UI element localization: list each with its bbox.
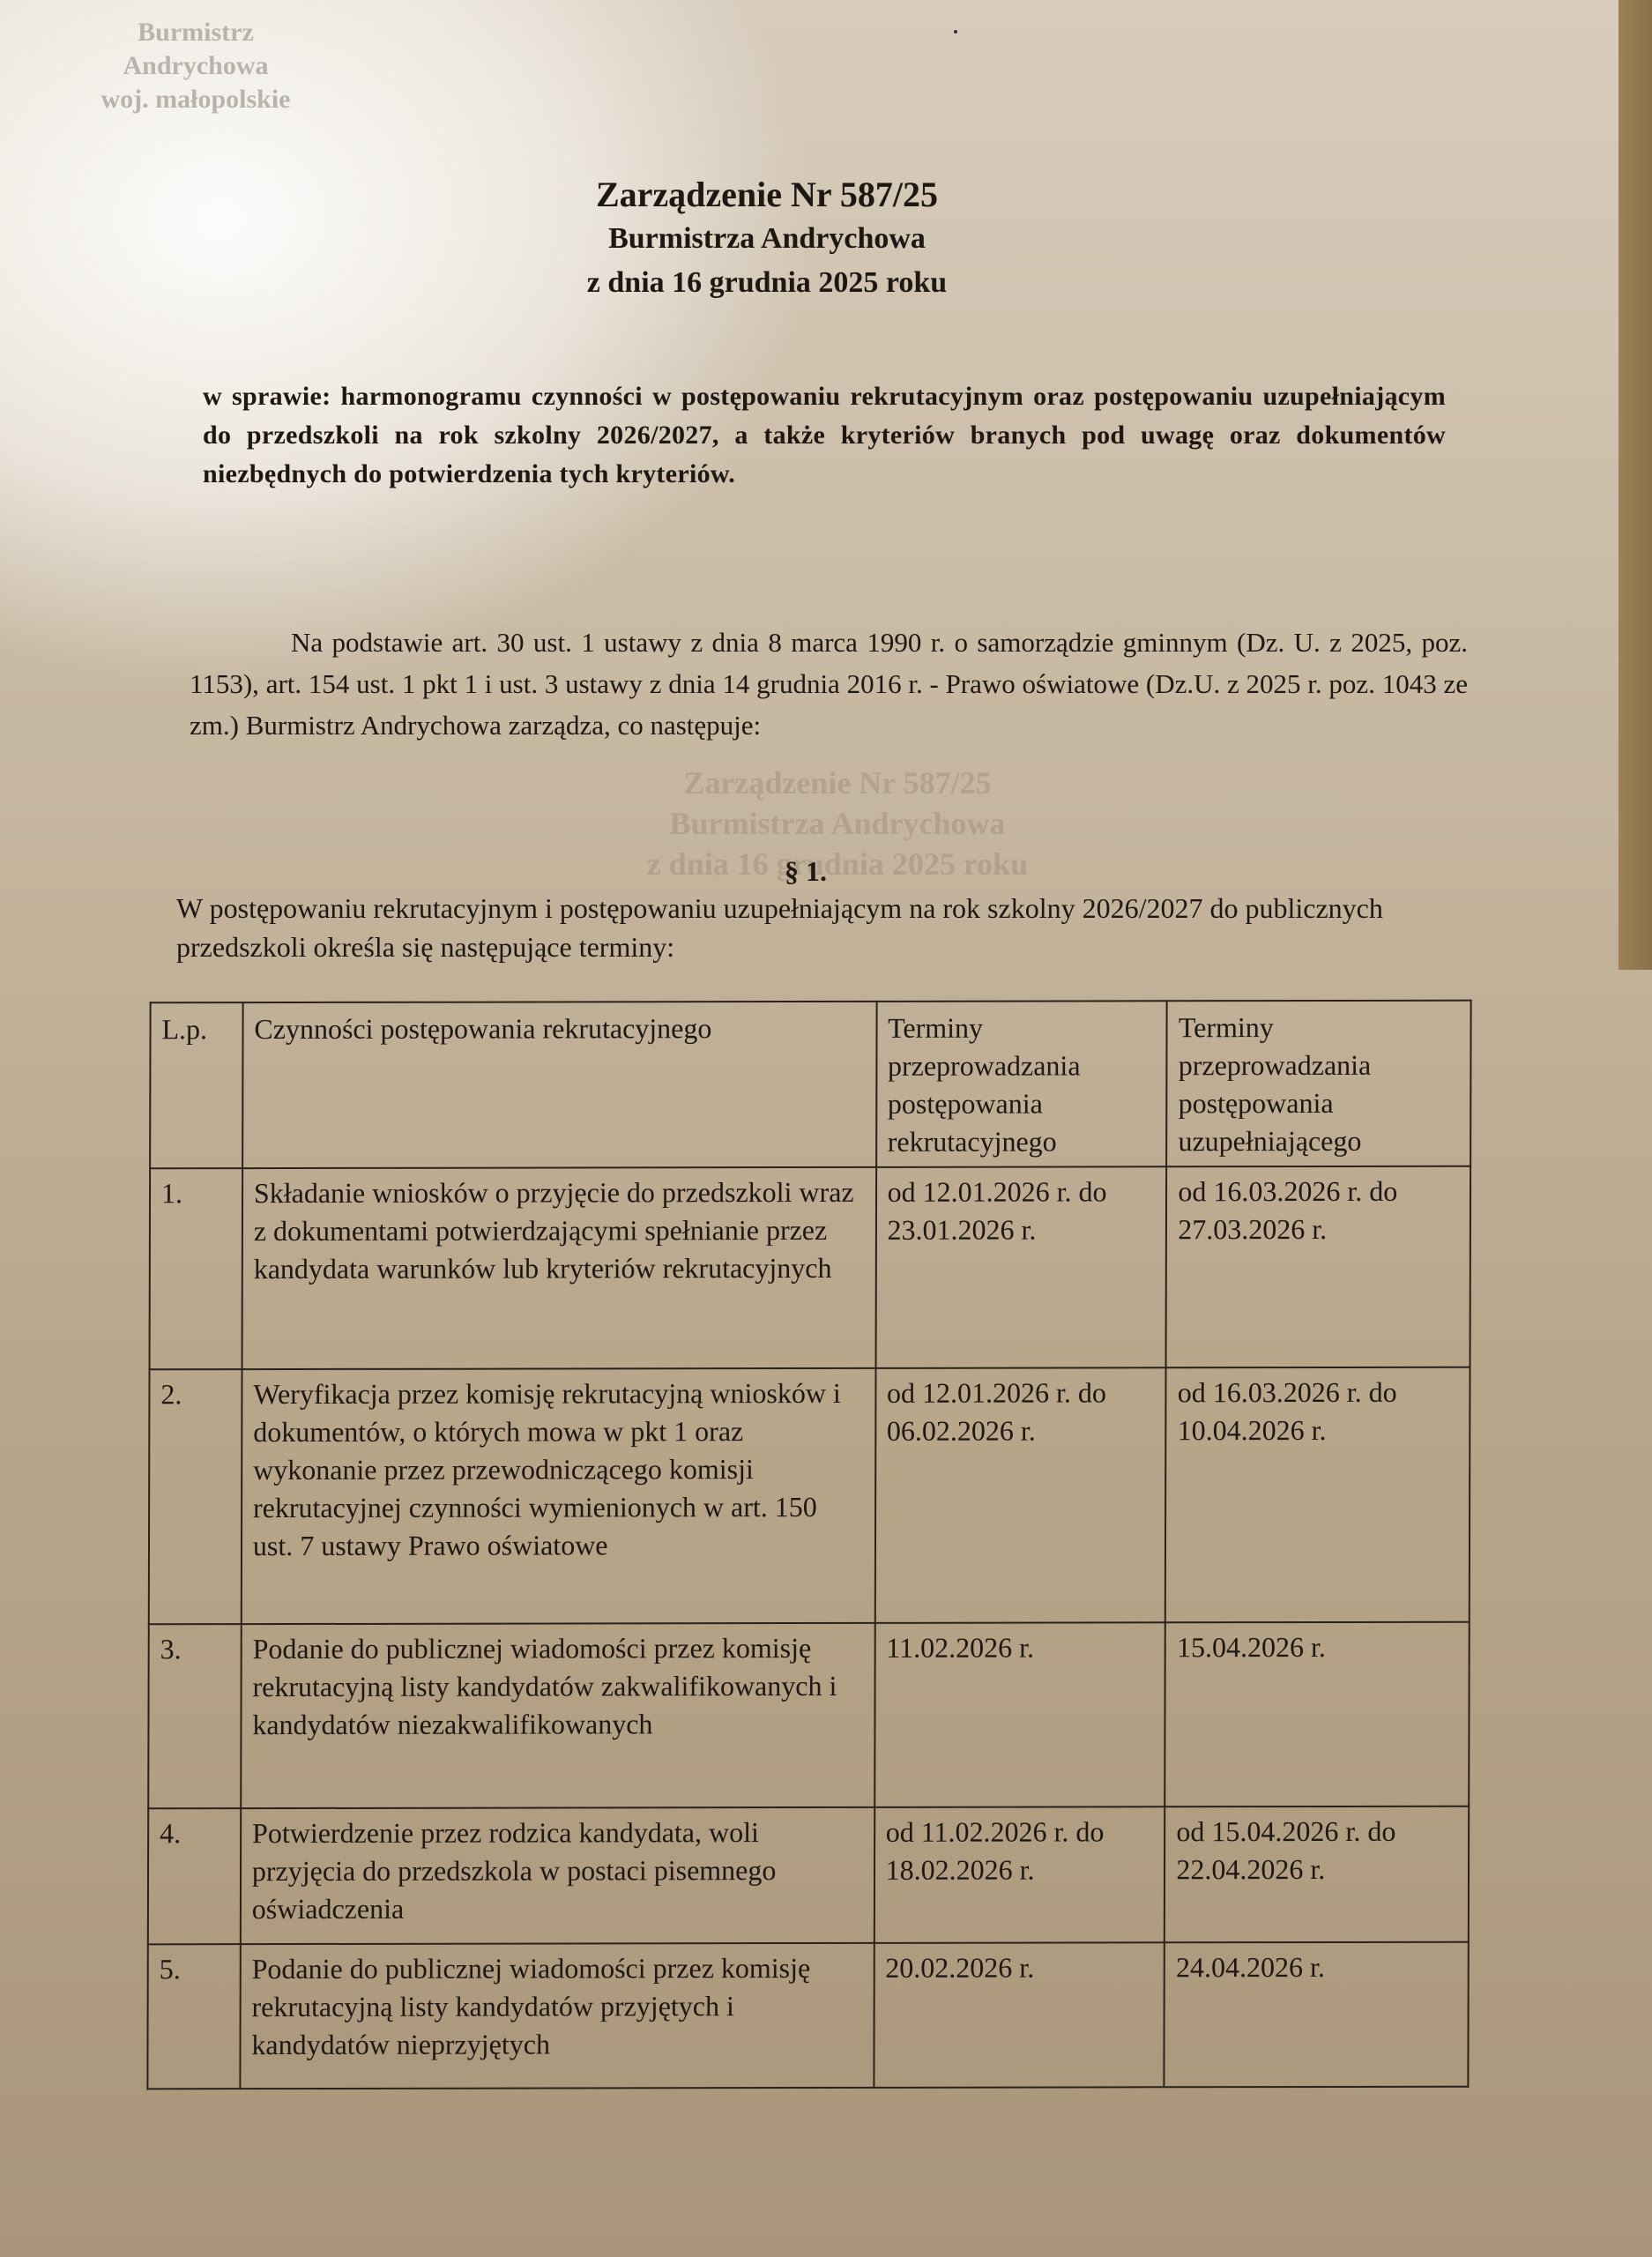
row-supplementary-date: 15.04.2026 r. — [1165, 1622, 1470, 1807]
document-date: z dnia 16 grudnia 2025 roku — [494, 261, 1040, 305]
row-activity: Weryfikacja przez komisję rekrutacyjną w… — [242, 1368, 875, 1624]
header-lp: L.p. — [150, 1002, 242, 1168]
row-lp: 2. — [149, 1369, 242, 1624]
stamp-line-1: Burmistrz Andrychowa — [63, 16, 328, 83]
row-lp: 5. — [147, 1944, 240, 2089]
row-recruitment-date: 20.02.2026 r. — [874, 1942, 1165, 2088]
header-supplementary: Terminy przeprowadzania postępowania uzu… — [1166, 1001, 1470, 1167]
legal-basis-text: Na podstawie art. 30 ust. 1 ustawy z dni… — [190, 627, 1468, 741]
row-activity: Potwierdzenie przez rodzica kandydata, w… — [241, 1807, 874, 1944]
row-recruitment-date: od 11.02.2026 r. do 18.02.2026 r. — [874, 1806, 1165, 1943]
row-recruitment-date: od 12.01.2026 r. do 06.02.2026 r. — [874, 1367, 1165, 1623]
document-issuer: Burmistrza Andrychowa — [494, 217, 1040, 261]
document-header: Zarządzenie Nr 587/25 Burmistrza Andrych… — [494, 173, 1040, 305]
paper-speck — [954, 30, 957, 34]
row-supplementary-date: 24.04.2026 r. — [1165, 1942, 1469, 2088]
document-subject: w sprawie: harmonogramu czynności w post… — [203, 377, 1446, 494]
show-through-text: Zarządzenie Nr 587/25 Burmistrza Andrych… — [608, 763, 1067, 884]
table-row: 1. Składanie wniosków o przyjęcie do prz… — [150, 1166, 1471, 1370]
row-activity: Składanie wniosków o przyjęcie do przeds… — [242, 1167, 875, 1369]
table-row: 2. Weryfikacja przez komisję rekrutacyjn… — [149, 1367, 1470, 1625]
row-activity: Podanie do publicznej wiadomości przez k… — [240, 1943, 874, 2089]
office-stamp: Burmistrz Andrychowa woj. małopolskie — [63, 16, 328, 116]
row-lp: 1. — [150, 1168, 243, 1369]
document-title: Zarządzenie Nr 587/25 — [494, 173, 1040, 217]
table-row: 3. Podanie do publicznej wiadomości prze… — [148, 1622, 1470, 1809]
header-activity: Czynności postępowania rekrutacyjnego — [242, 1002, 876, 1168]
row-activity: Podanie do publicznej wiadomości przez k… — [241, 1623, 874, 1808]
schedule-table: L.p. Czynności postępowania rekrutacyjne… — [146, 1000, 1471, 2090]
table-row: 5. Podanie do publicznej wiadomości prze… — [147, 1942, 1468, 2089]
table-header-row: L.p. Czynności postępowania rekrutacyjne… — [150, 1001, 1470, 1169]
stamp-line-2: woj. małopolskie — [63, 83, 328, 116]
section-intro: W postępowaniu rekrutacyjnym i postępowa… — [176, 889, 1499, 966]
row-supplementary-date: od 15.04.2026 r. do 22.04.2026 r. — [1165, 1806, 1469, 1943]
row-lp: 4. — [148, 1808, 241, 1944]
row-recruitment-date: od 12.01.2026 r. do 23.01.2026 r. — [875, 1166, 1166, 1368]
section-sign: § 1. — [785, 855, 827, 888]
table-row: 4. Potwierdzenie przez rodzica kandydata… — [148, 1806, 1469, 1945]
row-recruitment-date: 11.02.2026 r. — [874, 1622, 1165, 1807]
document-page: Burmistrz Andrychowa woj. małopolskie Za… — [0, 0, 1652, 2257]
row-supplementary-date: od 16.03.2026 r. do 27.03.2026 r. — [1166, 1166, 1470, 1368]
row-lp: 3. — [148, 1624, 241, 1808]
header-recruitment: Terminy przeprowadzania postępowania rek… — [876, 1001, 1167, 1167]
legal-basis: Na podstawie art. 30 ust. 1 ustawy z dni… — [190, 622, 1468, 746]
row-supplementary-date: od 16.03.2026 r. do 10.04.2026 r. — [1165, 1367, 1470, 1623]
